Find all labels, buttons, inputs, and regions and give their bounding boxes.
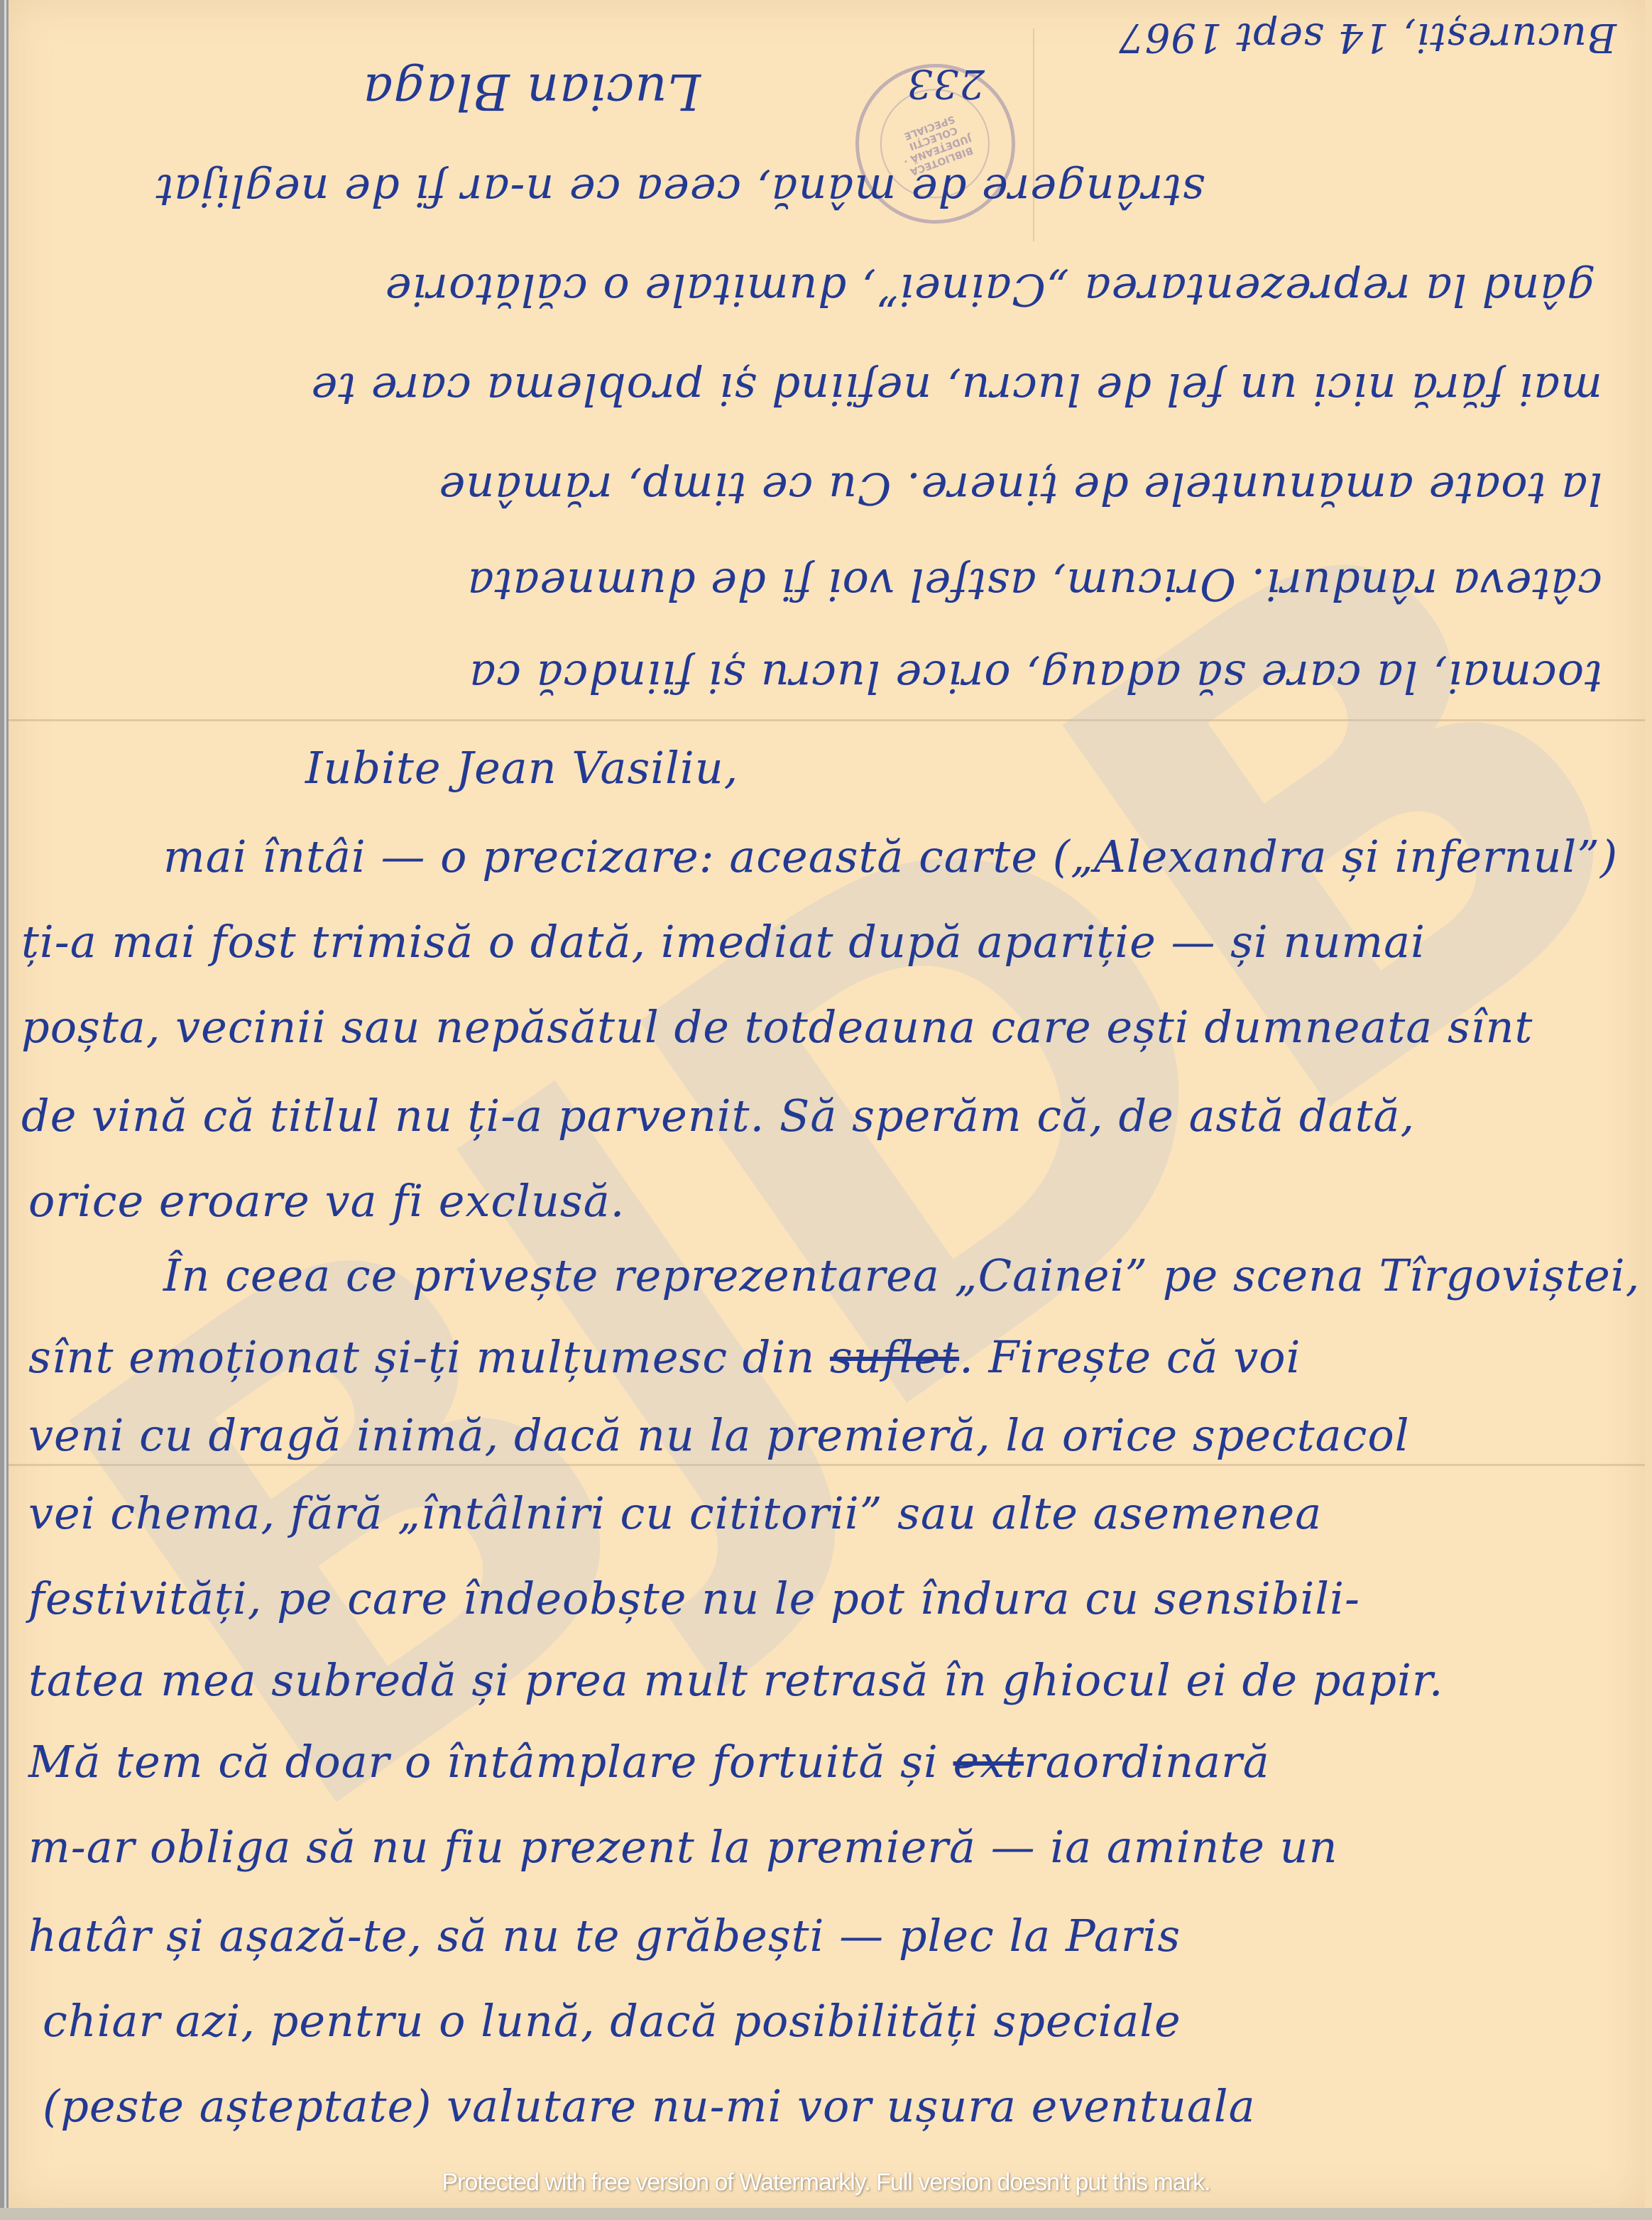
- fold-line: [9, 719, 1645, 721]
- scan-left-edge: [0, 0, 9, 2220]
- fold-line: [9, 1464, 1645, 1466]
- letter-date: București, 14 sept 1967: [1118, 14, 1617, 60]
- letter-line: veni cu dragă inimă, dacă nu la premieră…: [28, 1409, 1410, 1461]
- letter-line: hatâr și așază-te, să nu te grăbești — p…: [28, 1910, 1181, 1962]
- salutation: Iubite Jean Vasiliu,: [305, 742, 738, 794]
- letter-text: raordinară: [1024, 1736, 1270, 1788]
- letter-line: de vină că titlul nu ți-a parvenit. Să s…: [21, 1090, 1415, 1142]
- letter-line: (peste așteptate) valutare nu-mi vor ușu…: [43, 2080, 1256, 2132]
- inverted-line: câteva rânduri. Oricum, astfel voi fi de…: [467, 559, 1602, 611]
- struck-word: ext: [953, 1736, 1024, 1788]
- scan-bottom-edge: [0, 2208, 1652, 2220]
- struck-word: suflet: [830, 1331, 959, 1383]
- inverted-line: mai fără nici un fel de lucru, nefiind ș…: [311, 363, 1602, 415]
- letter-line: festivități, pe care îndeobște nu le pot…: [28, 1573, 1360, 1624]
- letter-line: poșta, vecinii sau nepăsătul de totdeaun…: [21, 1001, 1533, 1053]
- inverted-line: tocmai, la care să adaug, orice lucru și…: [469, 651, 1602, 703]
- inverted-line: la toate amănuntele de ținere. Cu ce tim…: [439, 463, 1602, 515]
- archive-number: 233: [907, 60, 985, 106]
- letter-line: În ceea ce privește reprezentarea „Caine…: [163, 1250, 1640, 1301]
- letter-text: sînt emoționat și-ți mulțumesc din: [28, 1331, 815, 1383]
- inverted-section: București, 14 sept 1967 Lucian Blaga 233…: [9, 0, 1645, 710]
- letter-line: mai întâi — o precizare: această carte (…: [163, 831, 1618, 882]
- letter-text: . Firește că voi: [959, 1331, 1301, 1383]
- inverted-line: gând la reprezentarea „Cainei”, dumitale…: [385, 264, 1595, 316]
- letter-line: chiar azi, pentru o lună, dacă posibilit…: [43, 1995, 1181, 2047]
- inverted-line: strângere de mână, ceea ce n-ar fi de ne…: [155, 165, 1205, 217]
- signature: Lucian Blaga: [363, 62, 701, 121]
- letter-line: ți-a mai fost trimisă o dată, imediat du…: [21, 916, 1426, 968]
- watermark-notice: Protected with free version of Watermark…: [0, 2169, 1652, 2197]
- letter-line: orice eroare va fi exclusă.: [28, 1175, 625, 1227]
- letter-line: Mă tem că doar o întâmplare fortuită și …: [28, 1736, 1270, 1788]
- letter-line: vei chema, fără „întâlniri cu cititorii”…: [28, 1487, 1322, 1539]
- letter-text: Mă tem că doar o întâmplare fortuită și: [28, 1736, 939, 1788]
- letter-line: tatea mea subredă și prea mult retrasă î…: [28, 1654, 1443, 1706]
- letter-line: m-ar obliga să nu fiu prezent la premier…: [28, 1821, 1338, 1873]
- letter-line: sînt emoționat și-ți mulțumesc din sufle…: [28, 1331, 1301, 1383]
